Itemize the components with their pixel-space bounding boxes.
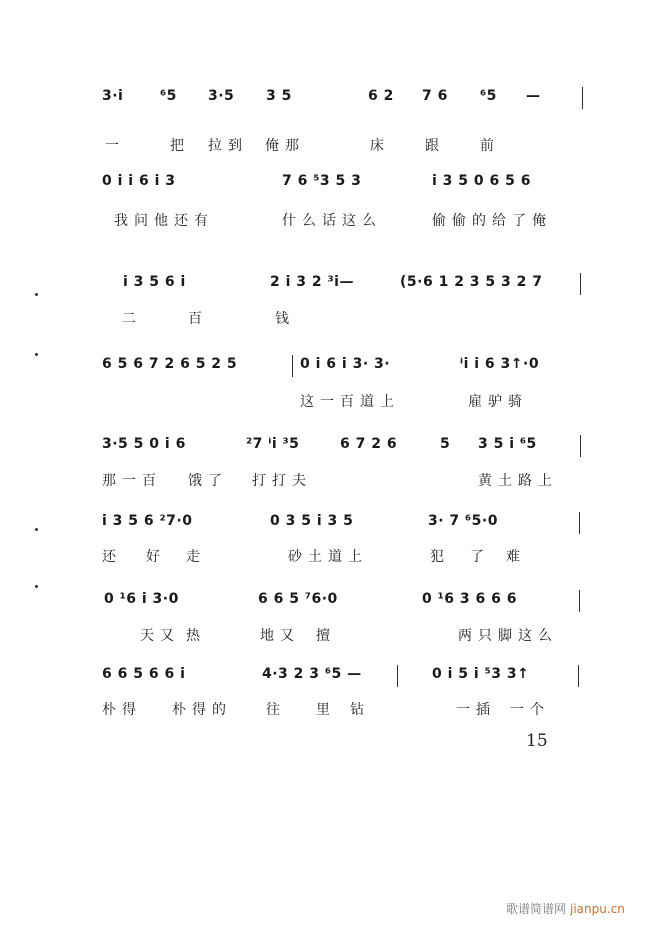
lyric: 雇驴骑	[468, 393, 528, 411]
barline	[580, 273, 581, 295]
lyric: 砂土道上	[288, 548, 368, 566]
notation-line: i 3 5 6 ²7·0 0 3 5 i 3 5 3· 7 ⁶5·0	[0, 512, 656, 538]
lyric: 犯	[430, 548, 450, 566]
note-group: 4·3 2 3 ⁶5 —	[262, 665, 362, 683]
lyric: 朴得	[102, 701, 142, 719]
lyric: 擅	[316, 627, 336, 645]
lyrics-line: 天又 热 地又 擅 两只脚这么	[0, 627, 656, 651]
lyric: 还	[102, 548, 122, 566]
note-group: 6 7 2 6	[340, 435, 397, 453]
page-number: 15	[526, 731, 548, 751]
note-group: 3·5	[208, 87, 234, 105]
barline	[397, 665, 398, 687]
lyric: 钱	[275, 310, 295, 328]
lyric: 打打夫	[252, 472, 312, 490]
lyric: 什么话这么	[282, 212, 382, 230]
notation-line: 0 i i 6 i 3 7 6 ⁵3 5 3 i 3 5 0 6 5 6	[0, 172, 656, 198]
lyric: 拉到	[208, 137, 248, 155]
watermark-site-name: 歌谱简谱网	[506, 902, 566, 916]
note-group: 5	[440, 435, 450, 453]
scan-speck	[35, 528, 38, 531]
note-group: 7 6	[422, 87, 448, 105]
note-group: 6 6 5 6 6 i	[102, 665, 185, 683]
watermark-domain: jianpu.cn	[570, 902, 625, 916]
note-group: i 3 5 0 6 5 6	[432, 172, 531, 190]
lyric: 走	[186, 548, 206, 566]
note-group: (5·6 1 2 3 5 3 2 7	[400, 273, 543, 291]
note-group: 6 2	[368, 87, 394, 105]
barline	[580, 435, 581, 457]
notation-line: 3·i ⁶5 3·5 3 5 6 2 7 6 ⁶5 —	[0, 87, 656, 113]
note-group: 0 ¹6 3 6 6 6	[422, 590, 517, 608]
barline	[579, 590, 580, 612]
note-group: —	[526, 87, 541, 105]
lyric: 俺那	[265, 137, 305, 155]
lyric: 钻	[350, 701, 370, 719]
watermark: 歌谱简谱网jianpu.cn	[506, 900, 625, 917]
note-group: 0 ¹6 i 3·0	[104, 590, 179, 608]
lyric: 百	[188, 310, 208, 328]
note-group: 0 i 6 i 3· 3·	[300, 355, 390, 373]
note-group: 3 5	[266, 87, 292, 105]
lyric: 这一百道上	[300, 393, 400, 411]
lyric: 二	[122, 310, 142, 328]
notation-line: 3·5 5 0 i 6 ²7 ⁱi ³5 6 7 2 6 5 3 5 i ⁶5	[0, 435, 656, 461]
scan-speck	[35, 293, 38, 296]
lyric: 往	[266, 701, 286, 719]
lyric: 一个	[510, 701, 550, 719]
lyrics-line: 我问他还有 什么话这么 偷偷的给了俺	[0, 212, 656, 236]
lyric: 把	[170, 137, 190, 155]
lyric: 地又	[260, 627, 300, 645]
lyric: 跟	[425, 137, 445, 155]
lyric: 我问他还有	[114, 212, 214, 230]
lyric: 一	[105, 137, 125, 155]
notation-line: 6 5 6 7 2 6 5 2 5 0 i 6 i 3· 3· ⁱi i 6 3…	[0, 355, 656, 381]
lyric: 偷偷的给了俺	[432, 212, 552, 230]
note-group: 0 i i 6 i 3	[102, 172, 176, 190]
note-group: ²7 ⁱi ³5	[246, 435, 299, 453]
lyric: 饿了	[188, 472, 228, 490]
note-group: 0 i 5 i ⁵3 3↑	[432, 665, 529, 683]
scan-speck	[35, 585, 38, 588]
note-group: i 3 5 6 ²7·0	[102, 512, 192, 530]
lyrics-line: 朴得 朴得的 往 里 钻 一插 一个	[0, 701, 656, 725]
lyric: 天又	[140, 627, 180, 645]
lyric: 朴得的	[172, 701, 232, 719]
lyrics-line: 还 好 走 砂土道上 犯 了 难	[0, 548, 656, 572]
note-group: 3·i	[102, 87, 123, 105]
lyrics-line: 那一百 饿了 打打夫 黄土路上	[0, 472, 656, 496]
note-group: 6 5 6 7 2 6 5 2 5	[102, 355, 237, 373]
note-group: ⁶5	[480, 87, 497, 105]
notation-line: i 3 5 6 i 2 i 3 2 ³i— (5·6 1 2 3 5 3 2 7	[0, 273, 656, 299]
note-group: ⁶5	[160, 87, 177, 105]
lyric: 那一百	[102, 472, 162, 490]
note-group: i 3 5 6 i	[123, 273, 186, 291]
lyric: 里	[316, 701, 336, 719]
note-group: 3 5 i ⁶5	[478, 435, 537, 453]
note-group: 7 6 ⁵3 5 3	[282, 172, 361, 190]
lyric: 前	[480, 137, 500, 155]
note-group: ⁱi i 6 3↑·0	[460, 355, 539, 373]
barline	[579, 512, 580, 534]
lyrics-line: 二 百 钱	[0, 310, 656, 334]
note-group: 6 6 5 ⁷6·0	[258, 590, 338, 608]
lyric: 热	[186, 627, 206, 645]
lyric: 两只脚这么	[458, 627, 558, 645]
barline	[578, 665, 579, 687]
barline	[582, 87, 583, 109]
notation-line: 0 ¹6 i 3·0 6 6 5 ⁷6·0 0 ¹6 3 6 6 6	[0, 590, 656, 616]
lyrics-line: 这一百道上 雇驴骑	[0, 393, 656, 417]
note-group: 3·5 5 0 i 6	[102, 435, 186, 453]
notation-line: 6 6 5 6 6 i 4·3 2 3 ⁶5 — 0 i 5 i ⁵3 3↑	[0, 665, 656, 691]
scan-speck	[35, 353, 38, 356]
lyric: 床	[370, 137, 390, 155]
lyric: 一插	[456, 701, 496, 719]
note-group: 2 i 3 2 ³i—	[270, 273, 354, 291]
note-group: 0 3 5 i 3 5	[270, 512, 353, 530]
lyric: 好	[146, 548, 166, 566]
lyric: 了	[470, 548, 490, 566]
note-group: 3· 7 ⁶5·0	[428, 512, 498, 530]
lyric: 黄土路上	[478, 472, 558, 490]
barline	[292, 355, 293, 377]
lyric: 难	[506, 548, 526, 566]
lyrics-line: 一 把 拉到 俺那 床 跟 前	[0, 137, 656, 161]
